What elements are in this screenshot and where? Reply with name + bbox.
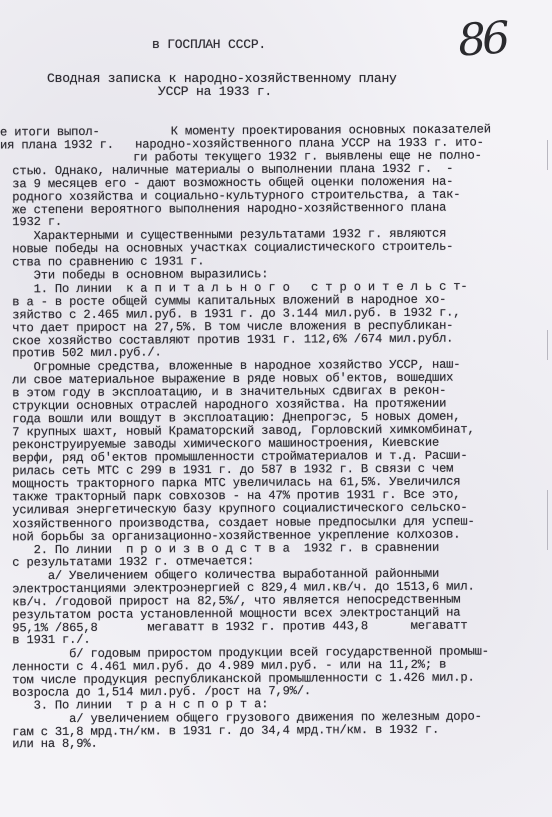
addressee: в ГОСПЛАН СССР.	[152, 37, 266, 52]
handwritten-page-number: 86	[456, 12, 507, 66]
text-line: против 502 мил.руб./.	[0, 345, 162, 360]
text-line: или на 8,9%.	[0, 737, 98, 752]
text-line: в 1931 г./.	[0, 633, 91, 648]
margin-mark	[547, 490, 548, 550]
document-subtitle: УССР на 1933 г.	[158, 84, 272, 99]
margin-mark	[547, 330, 548, 360]
text-line: Эти победы в основном выразились:	[0, 267, 268, 283]
document-page: 86 в ГОСПЛАН СССР. Сводная записка к нар…	[0, 0, 552, 817]
text-line: же степени вероятного выполнения народно…	[0, 201, 446, 218]
text-line: 1932 г.	[0, 215, 62, 229]
margin-mark	[547, 140, 548, 170]
